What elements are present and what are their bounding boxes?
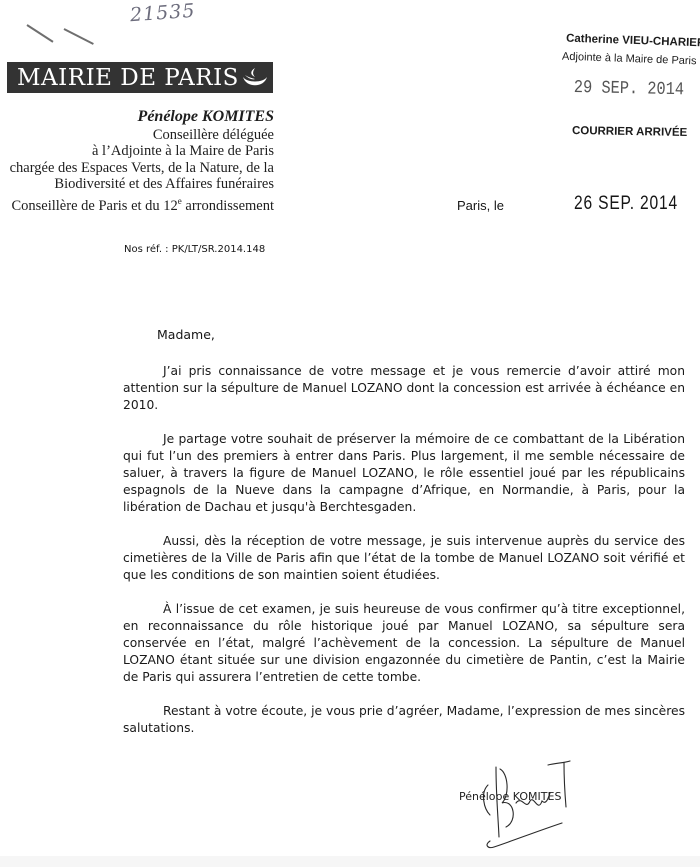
paris-ship-emblem-icon xyxy=(241,65,269,91)
letter-body: J’ai pris connaissance de votre message … xyxy=(123,363,685,754)
sender-name: Pénélope KOMITES xyxy=(10,109,274,126)
handwritten-signature xyxy=(478,755,588,860)
letter-place: Paris, le xyxy=(457,198,504,213)
salutation: Madame, xyxy=(157,327,215,342)
letterhead-logo: MAIRIE DE PARIS xyxy=(7,62,273,93)
body-paragraph: À l’issue de cet examen, je suis heureus… xyxy=(123,601,685,686)
sender-title-line: Conseillère de Paris et du 12e arrondiss… xyxy=(10,193,274,214)
stamp-recipient-name: Catherine VIEU-CHARIER xyxy=(566,33,700,50)
sender-title-line: à l’Adjointe à la Maire de Paris xyxy=(10,143,274,160)
organization-name: MAIRIE DE PARIS xyxy=(17,65,239,91)
staple-mark xyxy=(26,24,53,43)
sender-title-line: chargée des Espaces Verts, de la Nature,… xyxy=(10,160,274,177)
signature-name: Pénélope KOMITES xyxy=(459,790,561,803)
sender-title-line: Biodiversité et des Affaires funéraires xyxy=(10,176,274,193)
staple-mark xyxy=(64,28,94,45)
body-paragraph: Aussi, dès la réception de votre message… xyxy=(123,533,685,584)
stamp-recipient-title: Adjointe à la Maire de Paris xyxy=(562,51,697,68)
body-paragraph: Je partage votre souhait de préserver la… xyxy=(123,431,685,516)
handwritten-reference-number: 21535 xyxy=(129,0,196,26)
letter-page: 21535 MAIRIE DE PARIS Pénélope KOMITES C… xyxy=(0,0,700,856)
page-bottom-edge xyxy=(0,856,700,867)
letter-date: 26 SEP. 2014 xyxy=(574,193,678,215)
reference-number: Nos réf. : PK/LT/SR.2014.148 xyxy=(124,244,265,255)
body-paragraph: Restant à votre écoute, je vous prie d’a… xyxy=(123,703,685,737)
stamp-mail-status: COURRIER ARRIVÉE xyxy=(572,125,687,139)
stamp-received-date: 29 SEP. 2014 xyxy=(574,78,684,100)
sender-block: Pénélope KOMITES Conseillère déléguée à … xyxy=(10,109,274,214)
sender-title-line: Conseillère déléguée xyxy=(10,127,274,144)
body-paragraph: J’ai pris connaissance de votre message … xyxy=(123,363,685,414)
